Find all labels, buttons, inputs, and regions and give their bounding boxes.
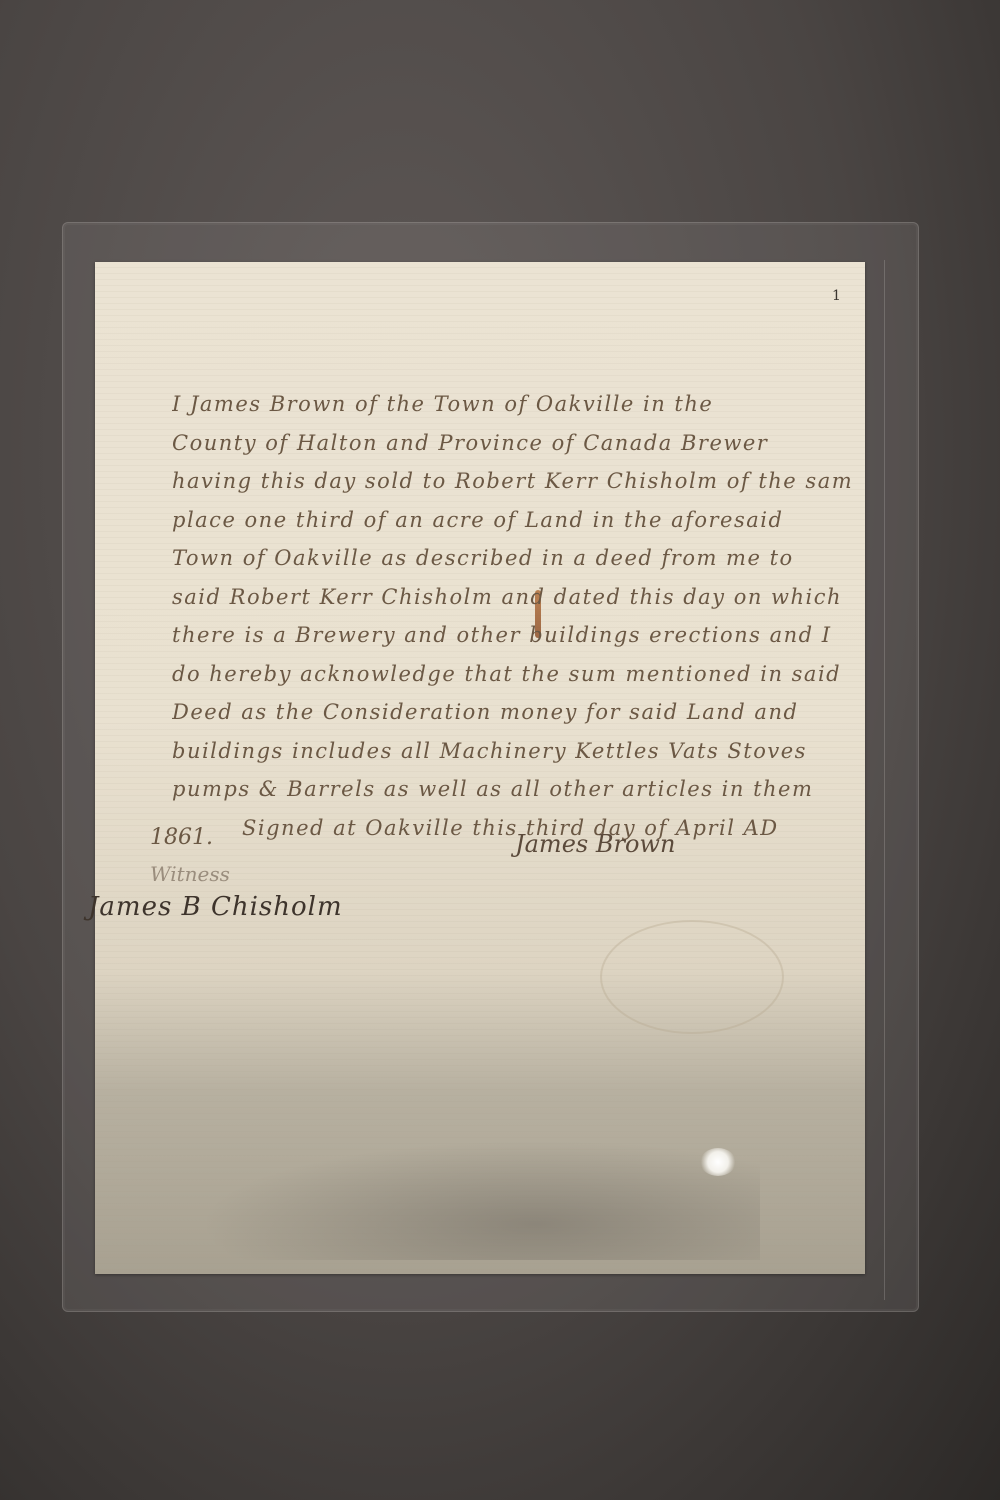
text-line: do hereby acknowledge that the sum menti… [172, 655, 852, 694]
seller-signature: James Brown [515, 830, 675, 858]
text-line: there is a Brewery and other buildings e… [172, 616, 852, 655]
page-number: 1 [832, 288, 841, 304]
text-line: having this day sold to Robert Kerr Chis… [172, 462, 852, 501]
text-line: I James Brown of the Town of Oakville in… [172, 385, 852, 424]
sleeve-edge [884, 260, 885, 1300]
closing-line: Signed at Oakville this third day of Apr… [172, 809, 852, 848]
witness-label: Witness [150, 862, 230, 886]
water-stain [600, 920, 784, 1034]
text-line: buildings includes all Machinery Kettles… [172, 732, 852, 771]
text-line: County of Halton and Province of Canada … [172, 424, 852, 463]
text-line: said Robert Kerr Chisholm and dated this… [172, 578, 852, 617]
sleeve-shadow [200, 1140, 760, 1260]
deed-text: I James Brown of the Town of Oakville in… [172, 385, 852, 847]
year: 1861. [150, 825, 213, 850]
text-line: Town of Oakville as described in a deed … [172, 539, 852, 578]
text-line: place one third of an acre of Land in th… [172, 501, 852, 540]
light-reflection [700, 1148, 736, 1176]
text-line: Deed as the Consideration money for said… [172, 693, 852, 732]
witness-signature: James B Chisholm [88, 892, 343, 922]
text-line: pumps & Barrels as well as all other art… [172, 770, 852, 809]
